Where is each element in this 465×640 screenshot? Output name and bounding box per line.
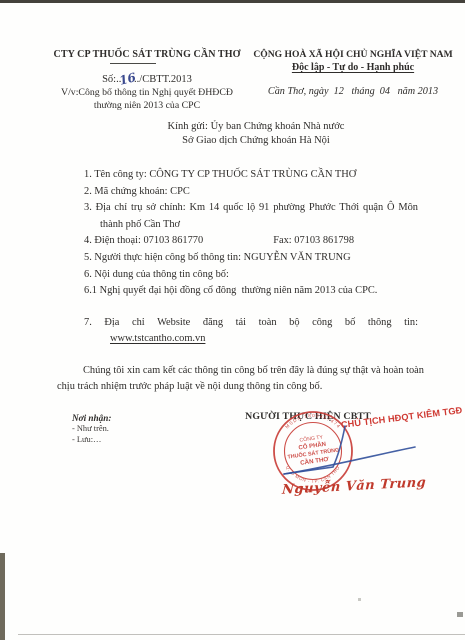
scan-speck: [457, 612, 463, 617]
subject-block: V/v:Công bố thông tin Nghị quyết ĐHĐCĐ t…: [38, 87, 256, 112]
recipients-entry-1: - Như trên.: [72, 423, 111, 434]
recipients-label: Nơi nhận:: [72, 413, 111, 423]
recipients-entry-2: - Lưu:…: [72, 434, 111, 445]
scanned-document-page: CTY CP THUỐC SÁT TRÙNG CẦN THƠ Số:..16..…: [0, 0, 465, 640]
letterhead-left: CTY CP THUỐC SÁT TRÙNG CẦN THƠ Số:..16..…: [38, 49, 256, 112]
recipients-footer: Nơi nhận: - Như trên. - Lưu:…: [72, 413, 111, 445]
item-address-line-1: 3. Địa chỉ trụ sở chính: Km 14 quốc lộ 9…: [84, 200, 418, 217]
scan-speck: [358, 598, 361, 601]
recipient-line-2: Sở Giao dịch Chứng khoán Hà Nội: [96, 134, 416, 148]
recipient-block: Kính gửi: Ủy ban Chứng khoán Nhà nước Sở…: [96, 120, 416, 147]
company-name: CTY CP THUỐC SÁT TRÙNG CẦN THƠ: [38, 49, 256, 60]
pen-signature-stroke: [248, 412, 423, 487]
item-company-name: 1. Tên công ty: CÔNG TY CP THUỐC SÁT TRÙ…: [84, 167, 418, 184]
scan-edge-top: [0, 0, 465, 3]
letterhead-right: CỘNG HOÀ XÃ HỘI CHỦ NGHĨA VIỆT NAM Độc l…: [248, 49, 458, 97]
national-motto: Độc lập - Tự do - Hạnh phúc: [248, 62, 458, 73]
subject-line-2: thường niên 2013 của CPC: [38, 100, 256, 113]
disclosure-items: 1. Tên công ty: CÔNG TY CP THUỐC SÁT TRÙ…: [84, 167, 418, 348]
company-underline: [110, 63, 156, 64]
item-disclosure-person: 5. Người thực hiện công bố thông tin: NG…: [84, 250, 418, 267]
recipient-line-1: Kính gửi: Ủy ban Chứng khoán Nhà nước: [96, 120, 416, 134]
item-address-line-2: thành phố Cần Thơ: [84, 217, 418, 234]
place-date-line: Cần Thơ, ngày 12 tháng 04 năm 2013: [248, 86, 458, 97]
item-website-label: 7. Địa chỉ Website đăng tải toàn bộ công…: [84, 315, 418, 332]
website-link[interactable]: www.tstcantho.com.vn: [110, 333, 205, 344]
scan-edge-bottom: [18, 634, 465, 635]
subject-line-1: V/v:Công bố thông tin Nghị quyết ĐHĐCĐ: [38, 87, 256, 100]
item-ticker: 2. Mã chứng khoán: CPC: [84, 184, 418, 201]
phone-number: 4. Điện thoại: 07103 861770: [84, 235, 203, 246]
national-title: CỘNG HOÀ XÃ HỘI CHỦ NGHĨA VIỆT NAM: [248, 49, 458, 60]
doc-number-suffix: ../CBTT.2013: [134, 74, 192, 85]
spacer: [84, 300, 418, 315]
item-phone-fax: 4. Điện thoại: 07103 861770Fax: 07103 86…: [84, 233, 418, 250]
item-content-detail: 6.1 Nghị quyết đại hội đồng cổ đông thườ…: [84, 283, 418, 300]
handwritten-doc-number: 16: [118, 70, 138, 88]
item-content-heading: 6. Nội dung của thông tin công bố:: [84, 267, 418, 284]
commitment-paragraph: Chúng tôi xin cam kết các thông tin công…: [57, 363, 424, 395]
fax-number: Fax: 07103 861798: [273, 233, 354, 250]
scan-edge-left: [0, 553, 5, 640]
document-number-line: Số:..16../CBTT.2013: [38, 71, 256, 85]
website-line: www.tstcantho.com.vn: [84, 331, 418, 348]
